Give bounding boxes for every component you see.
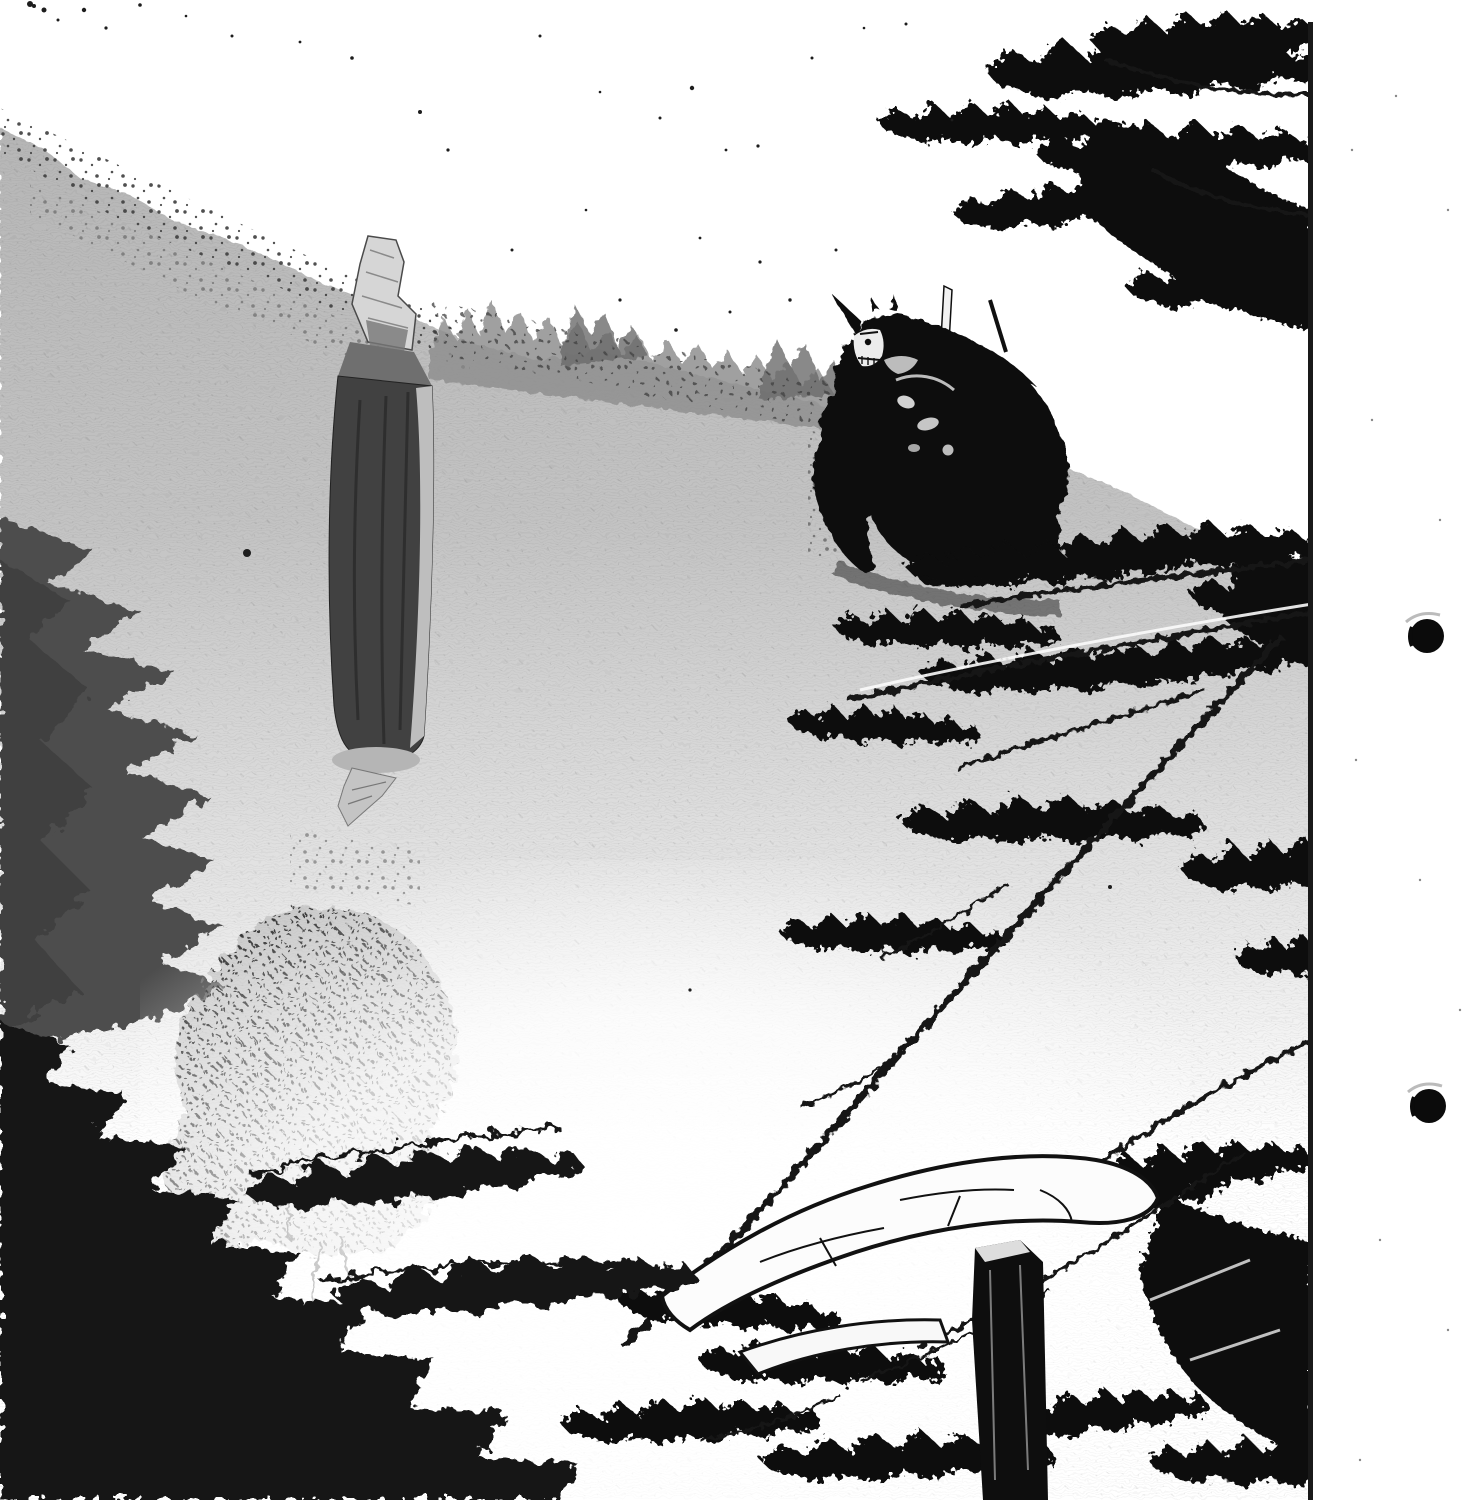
manga-page: Misty mountain forest: floating robed fi… — [0, 0, 1467, 1500]
page-border-line — [1308, 22, 1313, 1500]
robe-hem — [332, 747, 420, 773]
demon-eye — [865, 339, 871, 345]
binding-hole-bottom: Lower punched binding hole — [1408, 1084, 1446, 1123]
margin-specks — [1351, 95, 1461, 1461]
binding-hole-top: Upper punched binding hole — [1406, 614, 1444, 653]
right-margin: Upper punched binding hole Lower punched… — [1351, 95, 1461, 1461]
tree-trunk: Broken vertical trunk stub in the lower … — [972, 1240, 1048, 1500]
artwork-canvas: Misty mountain forest: floating robed fi… — [0, 0, 1467, 1500]
